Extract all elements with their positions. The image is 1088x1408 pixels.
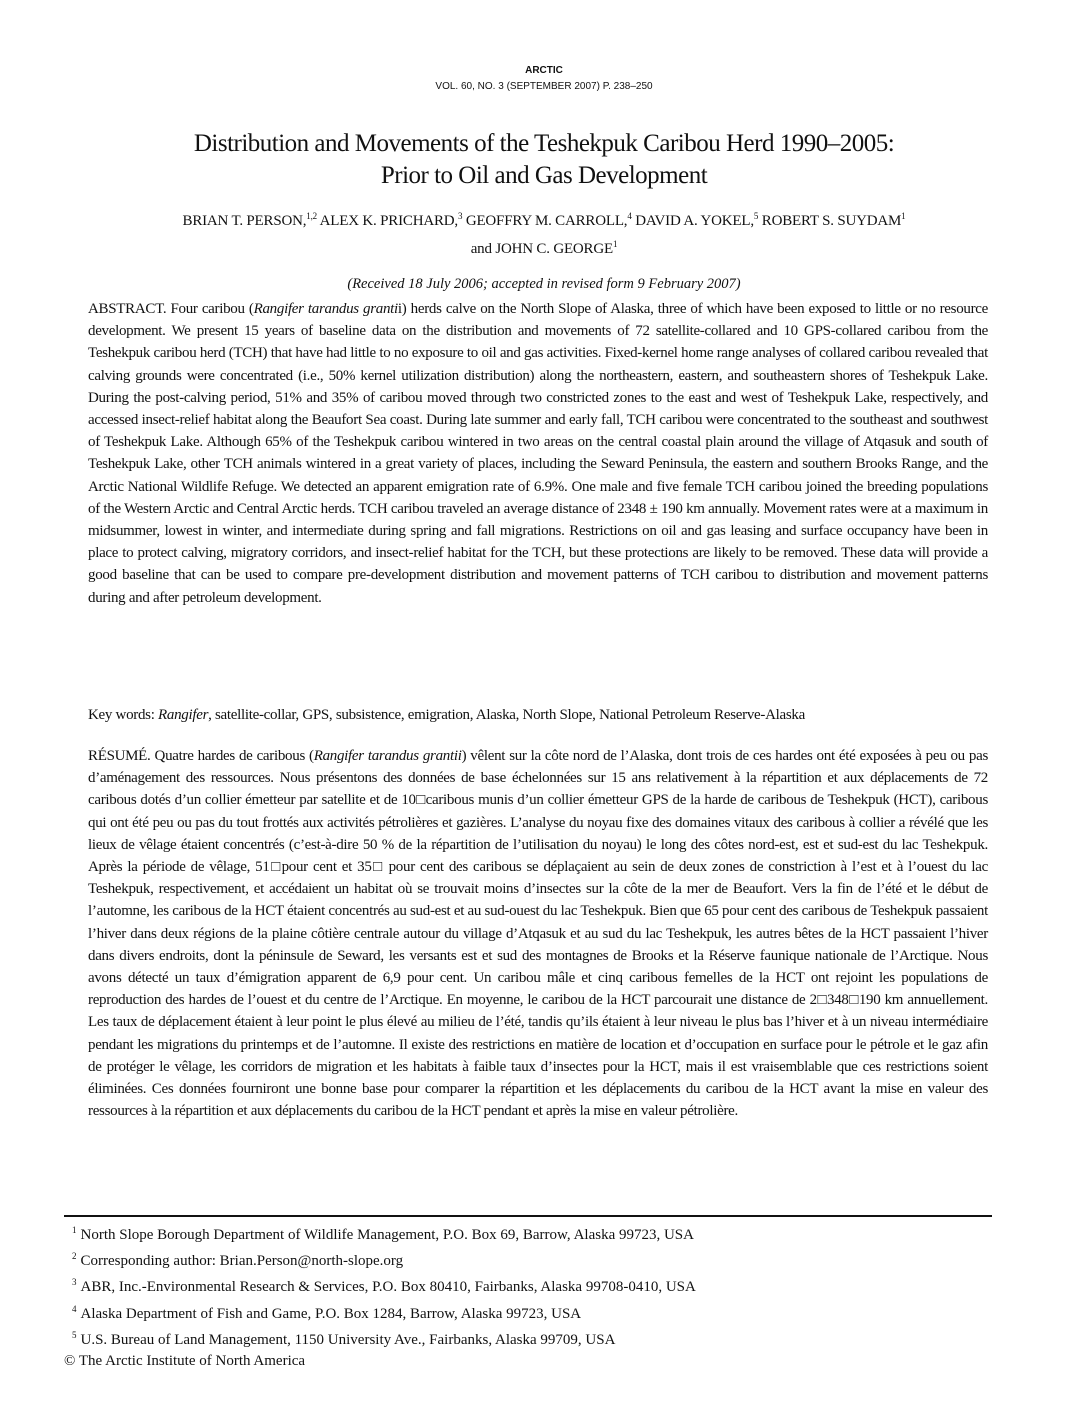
footnote-divider xyxy=(64,1215,992,1217)
abstract-label: ABSTRACT. xyxy=(88,301,166,317)
keywords-list: , satellite-collar, GPS, subsistence, em… xyxy=(208,707,805,723)
keyword-italic: Rangifer xyxy=(158,707,208,723)
author: GEOFFRY M. CARROLL, xyxy=(466,213,628,229)
title-line-1: Distribution and Movements of the Teshek… xyxy=(0,128,1088,160)
affiliation-mark: 3 xyxy=(458,211,462,221)
footnote: 4Alaska Department of Fish and Game, P.O… xyxy=(72,1299,696,1325)
article-title: Distribution and Movements of the Teshek… xyxy=(0,128,1088,192)
keywords-label: Key words: xyxy=(88,707,158,723)
resume: RÉSUMÉ. Quatre hardes de caribous (Rangi… xyxy=(88,745,988,1122)
author: and JOHN C. GEORGE xyxy=(471,241,613,257)
species-name: Rangifer tarandus grantii xyxy=(314,748,462,764)
keywords: Key words: Rangifer, satellite-collar, G… xyxy=(88,704,988,726)
species-name: Rangifer tarandus granti xyxy=(254,301,398,317)
volume-info: VOL. 60, NO. 3 (SEPTEMBER 2007) P. 238–2… xyxy=(0,81,1088,92)
abstract: ABSTRACT. Four caribou (Rangifer tarandu… xyxy=(88,298,988,609)
affiliation-mark: 1,2 xyxy=(306,211,317,221)
title-line-2: Prior to Oil and Gas Development xyxy=(0,160,1088,192)
affiliation-mark: 4 xyxy=(627,211,631,221)
received-dates: (Received 18 July 2006; accepted in revi… xyxy=(0,276,1088,293)
footnote: 3ABR, Inc.-Environmental Research & Serv… xyxy=(72,1272,696,1298)
author: ALEX K. PRICHARD, xyxy=(320,213,458,229)
affiliation-mark: 1 xyxy=(613,239,617,249)
author: ROBERT S. SUYDAM xyxy=(762,213,901,229)
footnote: 2Corresponding author: Brian.Person@nort… xyxy=(72,1246,696,1272)
journal-name: ARCTIC xyxy=(0,65,1088,76)
author: DAVID A. YOKEL, xyxy=(635,213,754,229)
footnote: 5U.S. Bureau of Land Management, 1150 Un… xyxy=(72,1325,696,1351)
footnote: 1North Slope Borough Department of Wildl… xyxy=(72,1220,696,1246)
affiliation-mark: 5 xyxy=(754,211,758,221)
copyright: © The Arctic Institute of North America xyxy=(64,1351,696,1372)
affiliation-mark: 1 xyxy=(901,211,905,221)
resume-label: RÉSUMÉ. xyxy=(88,748,151,764)
footnotes: 1North Slope Borough Department of Wildl… xyxy=(72,1220,696,1372)
author: BRIAN T. PERSON, xyxy=(183,213,307,229)
author-list: BRIAN T. PERSON,1,2 ALEX K. PRICHARD,3 G… xyxy=(0,205,1088,261)
